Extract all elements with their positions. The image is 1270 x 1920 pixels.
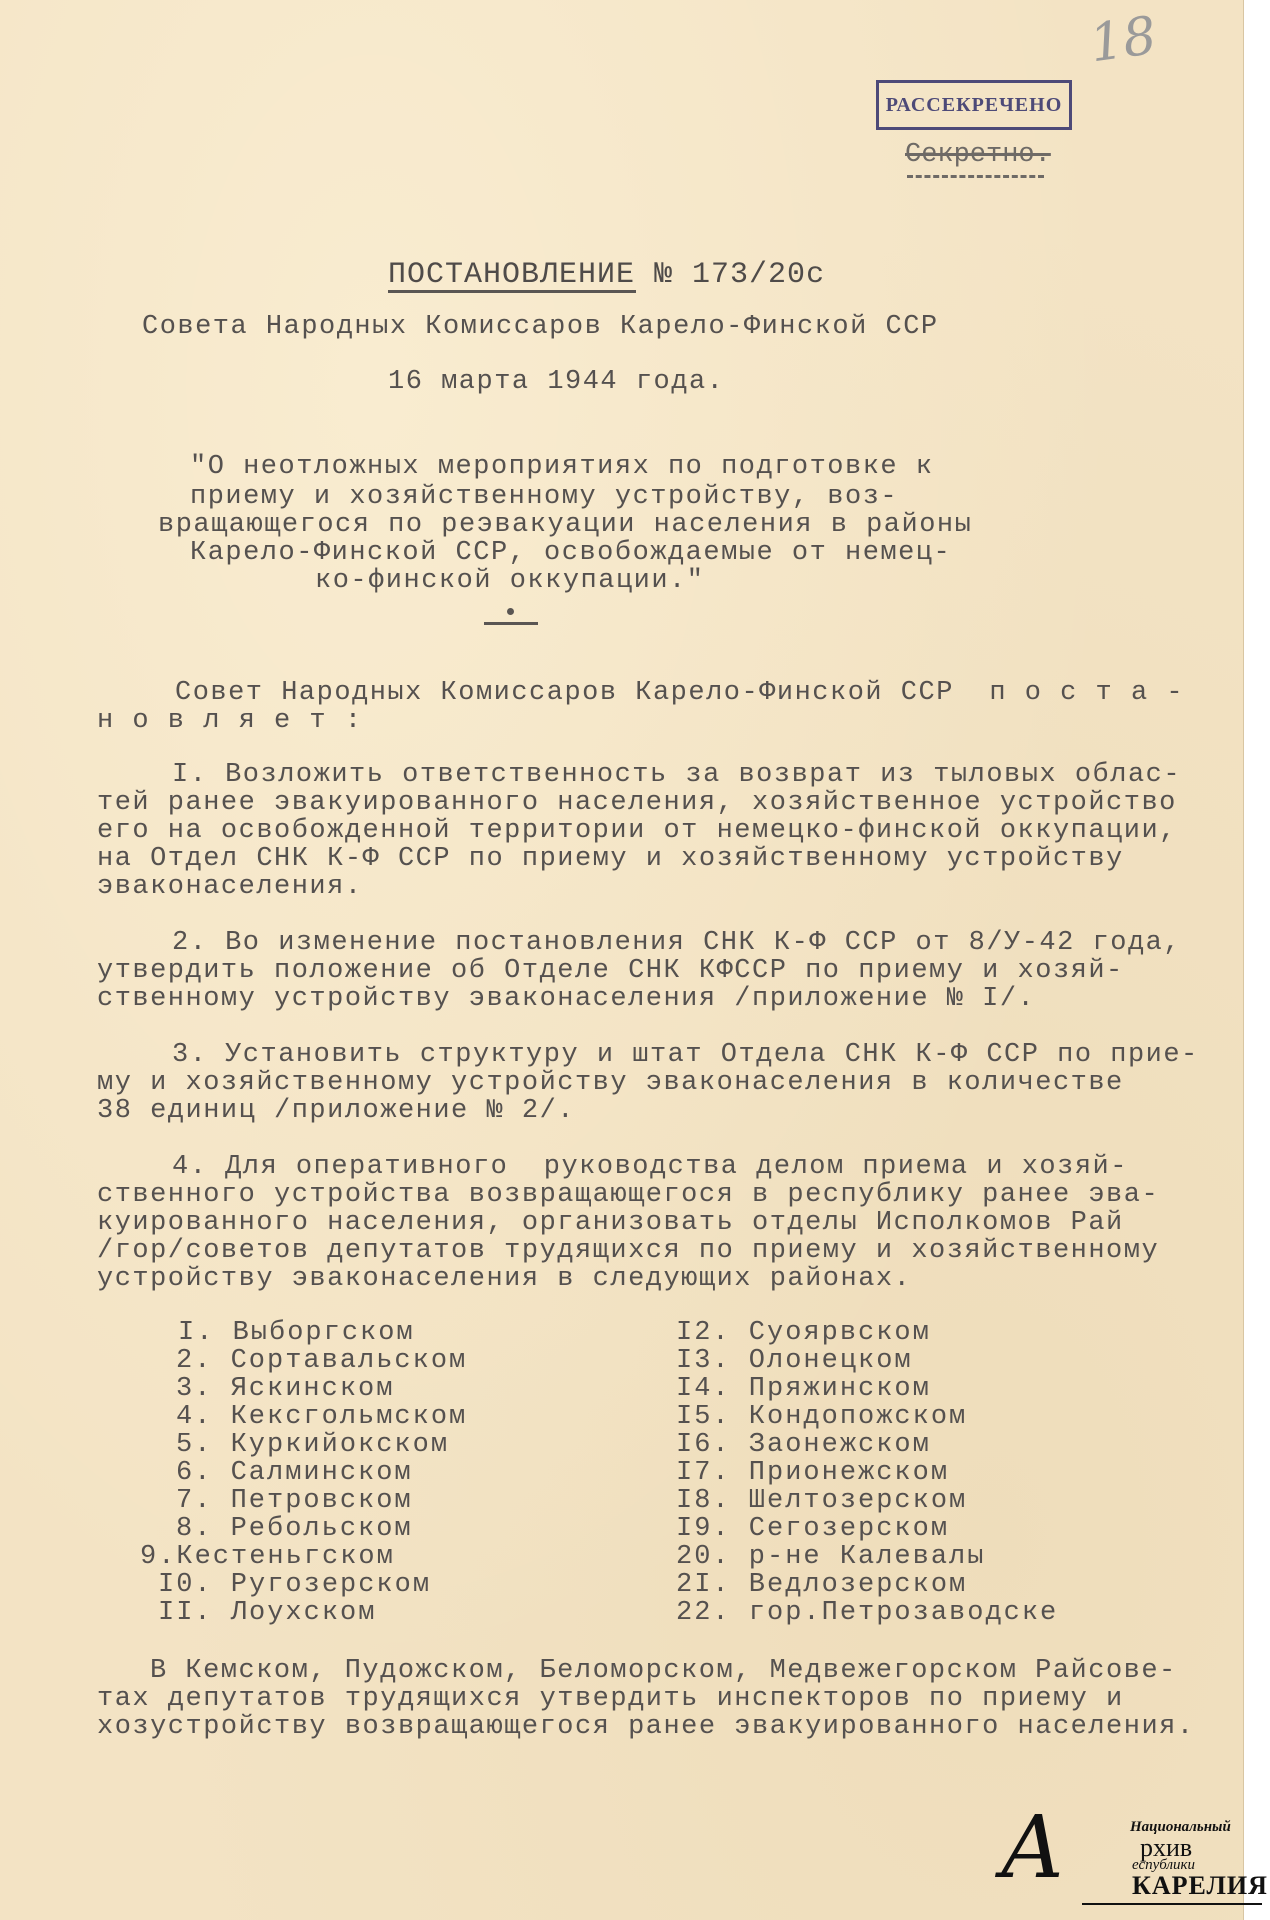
district-item: I5. Кондопожском	[676, 1402, 967, 1432]
district-item: 4. Кексгольмском	[176, 1402, 467, 1432]
district-item: I2. Суоярвском	[676, 1318, 931, 1348]
paragraph-line: на Отдел СНК К-Ф ССР по приему и хозяйст…	[97, 844, 1124, 874]
preamble-line: н о в л я е т :	[97, 706, 363, 736]
subject-line: "О неотложных мероприятиях по подготовке…	[190, 452, 934, 482]
folio-number: 18	[1086, 6, 1160, 75]
district-item: I0. Ругозерском	[158, 1570, 431, 1600]
district-item: 7. Петровском	[176, 1486, 413, 1516]
paragraph-line: 4. Для оперативного руководства делом пр…	[172, 1152, 1128, 1182]
issuer: Совета Народных Комиссаров Карело-Финско…	[142, 312, 939, 342]
stamp-text: РАССЕКРЕЧЕНО	[886, 94, 1063, 117]
district-item: 2I. Ведлозерском	[676, 1570, 967, 1600]
district-item: I9. Сегозерском	[676, 1514, 949, 1544]
district-item: 20. р-не Калевалы	[676, 1542, 985, 1572]
logo-line-4: КАРЕЛИЯ	[1132, 1871, 1268, 1901]
paragraph-line: устройству эваконаселения в следующих ра…	[97, 1264, 911, 1294]
paragraph-line: ственного устройства возвращающегося в р…	[97, 1180, 1159, 1210]
paragraph-line: тей ранее эвакуированного населения, хоз…	[97, 788, 1177, 818]
subject-line: Карело-Финской ССР, освобождаемые от нем…	[190, 538, 951, 568]
paragraph-line: эваконаселения.	[97, 872, 363, 902]
paragraph-line: /гор/советов депутатов трудящихся по при…	[97, 1236, 1159, 1266]
declassified-stamp: РАССЕКРЕЧЕНО	[876, 80, 1072, 130]
subject-line: приему и хозяйственному устройству, воз-	[190, 482, 898, 512]
paragraph-line: I. Возложить ответственность за возврат …	[172, 760, 1181, 790]
paragraph-line: 38 единиц /приложение № 2/.	[97, 1096, 575, 1126]
document-page: 18 РАССЕКРЕЧЕНО Секретно. ПОСТАНОВЛЕНИЕ …	[0, 0, 1244, 1920]
subject-line: ко-финской оккупации."	[315, 566, 704, 596]
paragraph-line: 3. Установить структуру и штат Отдела СН…	[172, 1040, 1199, 1070]
separator-dot	[507, 608, 514, 615]
district-item: 22. гор.Петрозаводске	[676, 1598, 1058, 1628]
struck-classification: Секретно.	[905, 140, 1051, 170]
classification-underline	[907, 175, 1044, 178]
district-item: I3. Олонецком	[676, 1346, 913, 1376]
preamble-line: Совет Народных Комиссаров Карело-Финской…	[175, 678, 1184, 708]
paragraph-line: В Кемском, Пудожском, Беломорском, Медве…	[150, 1656, 1177, 1686]
paragraph-line: му и хозяйственному устройству эваконасе…	[97, 1068, 1124, 1098]
paragraph-line: 2. Во изменение постановления СНК К-Ф СС…	[172, 928, 1181, 958]
archive-watermark-logo: А Национальный рхив еспублики КАРЕЛИЯ	[1000, 1805, 1265, 1915]
paragraph-line: хозустройству возвращающегося ранее эвак…	[97, 1712, 1195, 1742]
district-item: I7. Прионежском	[676, 1458, 949, 1488]
paragraph-line: его на освобожденной территории от немец…	[97, 816, 1177, 846]
document-title: ПОСТАНОВЛЕНИЕ № 173/20с	[388, 258, 825, 292]
logo-initial: А	[1000, 1805, 1065, 1891]
district-item: I4. Пряжинском	[676, 1374, 931, 1404]
title-underline	[388, 290, 636, 293]
district-item: 2. Сортавальском	[176, 1346, 467, 1376]
district-item: 9.Кестеньгском	[140, 1542, 395, 1572]
paragraph-line: тах депутатов трудящихся утвердить инспе…	[97, 1684, 1124, 1714]
district-item: I8. Шелтозерском	[676, 1486, 967, 1516]
district-item: 3. Яскинском	[176, 1374, 394, 1404]
district-item: I. Выборгском	[178, 1318, 415, 1348]
district-item: I6. Заонежском	[676, 1430, 931, 1460]
paragraph-line: куированного населения, организовать отд…	[97, 1208, 1124, 1238]
paragraph-line: утвердить положение об Отделе СНК КФССР …	[97, 956, 1124, 986]
document-date: 16 марта 1944 года.	[388, 367, 724, 397]
district-item: II. Лоухском	[158, 1598, 376, 1628]
district-item: 8. Ребольском	[176, 1514, 413, 1544]
paragraph-line: ственному устройству эваконаселения /при…	[97, 984, 1035, 1014]
subject-line: вращающегося по реэвакуации населения в …	[158, 510, 972, 540]
district-item: 5. Куркийокском	[176, 1430, 449, 1460]
separator-line	[484, 622, 538, 625]
quill-icon	[1082, 1903, 1262, 1905]
district-item: 6. Салминском	[176, 1458, 413, 1488]
